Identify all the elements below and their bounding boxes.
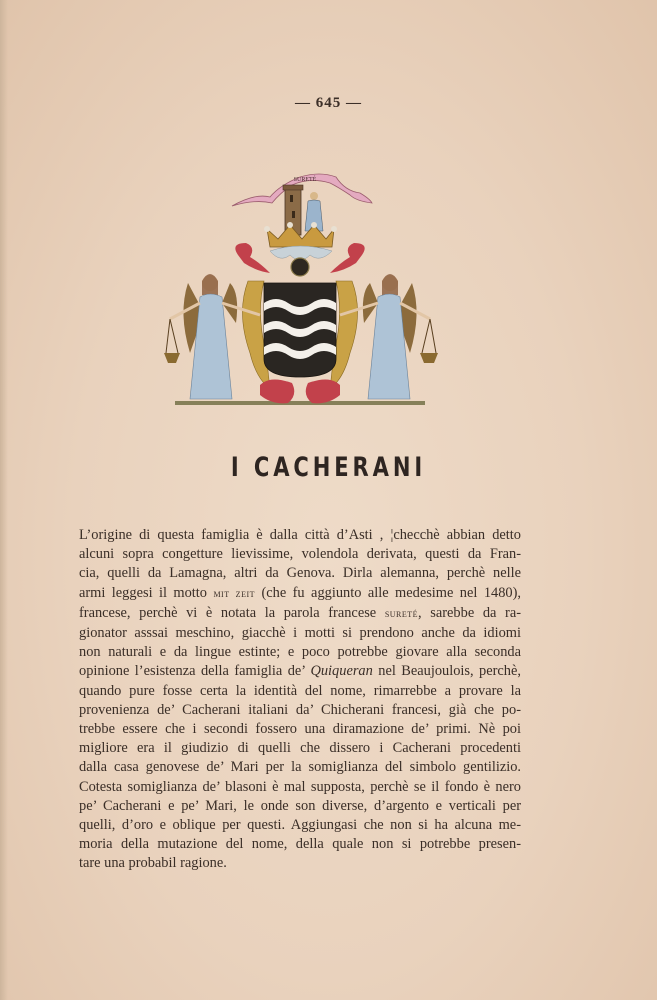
small-caps-text: mit zeit	[213, 588, 255, 600]
coat-of-arms-illustration: SURETÉ	[160, 163, 440, 413]
mantling-red-bottom-left	[260, 379, 294, 403]
text-run: provenienza de’ Cacherani italiani da’ C…	[79, 702, 521, 718]
section-title: I CACHERANI	[72, 452, 584, 483]
paragraph-line: pe’ Cacherani e pe’ Mari, le onde son di…	[79, 797, 521, 816]
paragraph-line: francese, perchè vi è notata la parola f…	[79, 604, 521, 624]
mantling-red-right	[330, 243, 365, 273]
text-run: alcuni sopra congetture lievissime, vole…	[79, 546, 521, 562]
text-run: quelli, d’oro e oblique per questi. Aggi…	[79, 817, 521, 833]
paragraph-line: Cotesta somiglianza de’ blasoni è mal su…	[79, 778, 521, 797]
text-run: non naturali e da lingue estinte; e poco…	[79, 644, 521, 660]
small-caps-text: sureté	[385, 608, 418, 620]
mantling-red-left	[235, 243, 270, 273]
paragraph-line: opinione l’esistenza della famiglia de’ …	[79, 662, 521, 681]
text-run: cia, quelli da Lamagna, altri da Genova.…	[79, 565, 521, 581]
paragraph-line: provenienza de’ Cacherani italiani da’ C…	[79, 701, 521, 720]
paragraph-line: quando pure fosse certa la identità del …	[79, 682, 521, 701]
text-run: armi leggesi il motto	[79, 585, 213, 601]
book-page: — 645 — SURETÉ	[0, 0, 657, 1000]
text-run: trebbe essere che i secondi fossero una …	[79, 721, 521, 737]
paragraph-line: L’origine di questa famiglia è dalla cit…	[79, 526, 521, 545]
paragraph-line: quelli, d’oro e oblique per questi. Aggi…	[79, 816, 521, 835]
ground-line	[175, 401, 425, 405]
paragraph-line: non naturali e da lingue estinte; e poco…	[79, 643, 521, 662]
paragraph-line: cia, quelli da Lamagna, altri da Genova.…	[79, 564, 521, 583]
text-run: migliore era il giudizio di quelli che d…	[79, 740, 521, 756]
text-run: moria della mutazione del nome, della qu…	[79, 836, 521, 852]
text-run: tare una probabil ragione.	[79, 855, 227, 871]
tower-crest	[283, 185, 303, 235]
text-run: L’origine di questa famiglia è dalla cit…	[79, 527, 521, 543]
motto-text: SURETÉ	[294, 175, 317, 183]
italic-text: Quiqueran	[310, 663, 372, 679]
paragraph-line: alcuni sopra congetture lievissime, vole…	[79, 545, 521, 564]
page-number: — 645 —	[0, 95, 657, 112]
paragraph-line: migliore era il giudizio di quelli che d…	[79, 739, 521, 758]
paragraph-line: armi leggesi il motto mit zeit (che fu a…	[79, 584, 521, 604]
body-paragraph: L’origine di questa famiglia è dalla cit…	[79, 526, 521, 874]
text-run: (che fu aggiunto alle medesime nel 1480)…	[255, 585, 521, 601]
shield	[264, 283, 336, 377]
text-run: nel Beaujoulois, perchè,	[373, 663, 521, 679]
text-run: pe’ Cacherani e pe’ Mari, le onde son di…	[79, 798, 521, 814]
text-run: quando pure fosse certa la identità del …	[79, 683, 521, 699]
text-run: dalla casa genovese de’ Mari per la somi…	[79, 759, 521, 775]
page-edge-shadow	[0, 0, 8, 1000]
paragraph-line: moria della mutazione del nome, della qu…	[79, 835, 521, 854]
text-run: gionator asssai meschino, giacchè i mott…	[79, 625, 521, 641]
text-run: , sarebbe da ra-	[418, 605, 521, 621]
helmet	[291, 258, 309, 276]
mantling-red-bottom-right	[306, 379, 340, 403]
text-run: francese, perchè vi è notata la parola f…	[79, 605, 385, 621]
paragraph-line: gionator asssai meschino, giacchè i mott…	[79, 624, 521, 643]
paragraph-line: tare una probabil ragione.	[79, 854, 521, 873]
text-run: opinione l’esistenza della famiglia de’	[79, 663, 310, 679]
paragraph-line: trebbe essere che i secondi fossero una …	[79, 720, 521, 739]
text-run: Cotesta somiglianza de’ blasoni è mal su…	[79, 779, 521, 795]
paragraph-line: dalla casa genovese de’ Mari per la somi…	[79, 758, 521, 777]
